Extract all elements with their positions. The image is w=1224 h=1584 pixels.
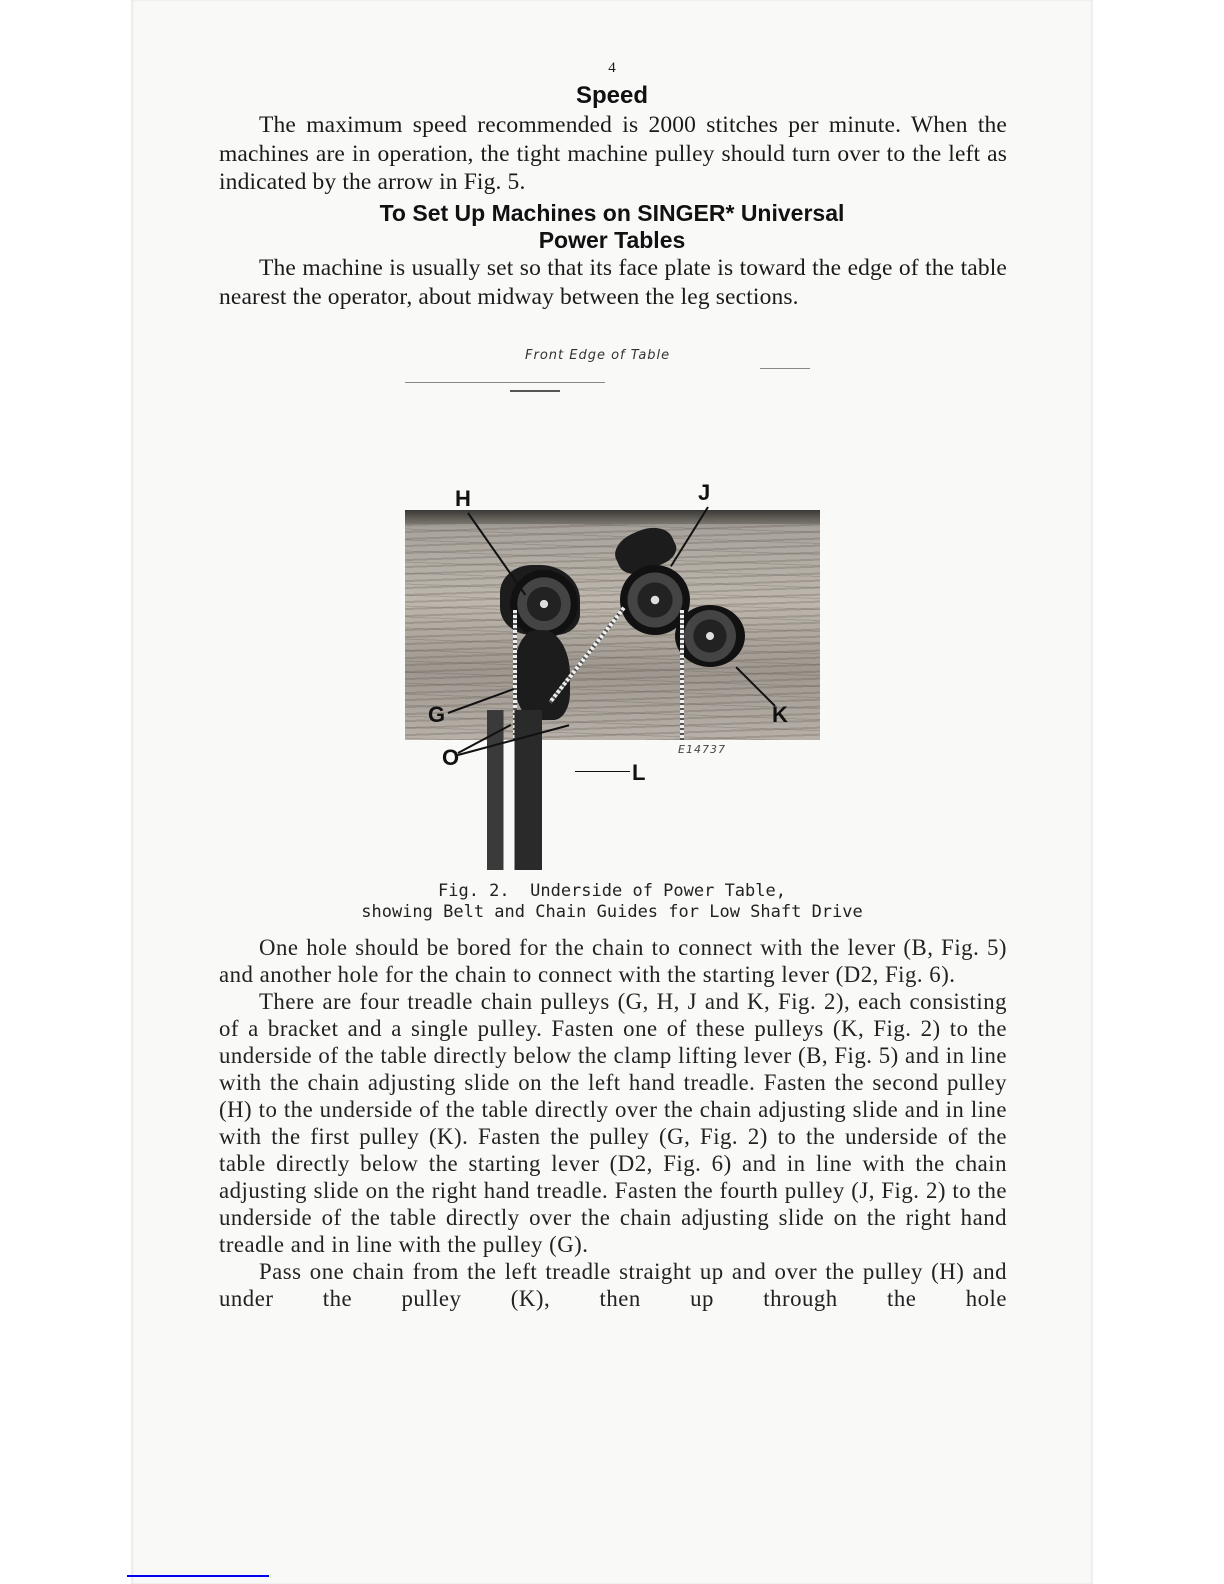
label-o: O bbox=[442, 745, 459, 771]
chain bbox=[680, 610, 684, 740]
label-j: J bbox=[698, 480, 710, 506]
paragraph-holes: One hole should be bored for the chain t… bbox=[219, 934, 1007, 988]
body-text: One hole should be bored for the chain t… bbox=[219, 934, 1007, 1312]
paragraph-setup: The machine is usually set so that its f… bbox=[219, 254, 1007, 311]
heading-setup-line2: Power Tables bbox=[0, 227, 1224, 254]
caption-line2: showing Belt and Chain Guides for Low Sh… bbox=[0, 902, 1224, 923]
label-h: H bbox=[455, 486, 471, 512]
paragraph-pulleys: There are four treadle chain pulleys (G,… bbox=[219, 988, 1007, 1258]
heading-setup: To Set Up Machines on SINGER* Universal … bbox=[0, 200, 1224, 254]
leader-l bbox=[575, 771, 630, 772]
label-g: G bbox=[428, 702, 445, 728]
caption-line1: Fig. 2. Underside of Power Table, bbox=[0, 881, 1224, 902]
edge-line bbox=[510, 390, 560, 392]
image-code: E14737 bbox=[678, 743, 726, 756]
pulley-k bbox=[675, 605, 745, 667]
paragraph-chain: Pass one chain from the left treadle str… bbox=[219, 1258, 1007, 1312]
paragraph-text: The machine is usually set so that its f… bbox=[219, 254, 1007, 311]
edge-line bbox=[760, 368, 810, 369]
page-number: 4 bbox=[0, 60, 1224, 77]
paragraph-text: The maximum speed recommended is 2000 st… bbox=[219, 111, 1007, 197]
figure-2: Front Edge of Table H J G K O L E14737 bbox=[380, 340, 840, 880]
heading-setup-line1: To Set Up Machines on SINGER* Universal bbox=[0, 200, 1224, 227]
heading-speed: Speed bbox=[0, 82, 1224, 110]
figure-caption: Fig. 2. Underside of Power Table, showin… bbox=[0, 881, 1224, 923]
label-l: L bbox=[632, 760, 645, 786]
scan-artifact-line bbox=[127, 1575, 269, 1577]
lower-mechanism bbox=[465, 710, 575, 870]
paragraph-speed: The maximum speed recommended is 2000 st… bbox=[219, 111, 1007, 197]
front-edge-label: Front Edge of Table bbox=[525, 348, 670, 363]
pulley-h bbox=[510, 570, 578, 638]
edge-line bbox=[405, 382, 605, 383]
bracket-lower bbox=[515, 630, 570, 720]
